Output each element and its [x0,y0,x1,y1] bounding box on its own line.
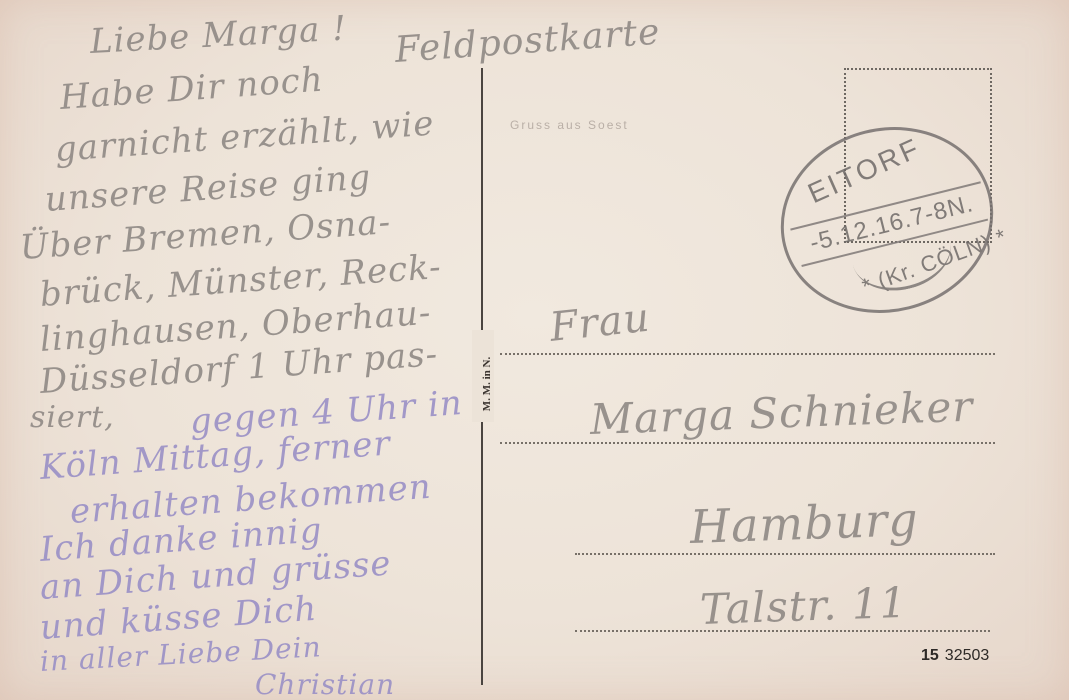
signature: Christian [255,668,395,700]
serial-prefix: 15 [921,647,939,664]
address-street: Talstr. 11 [699,578,908,634]
serial-number: 1532503 [921,647,989,665]
header-feldpostkarte: Feldpostkarte [394,12,662,71]
postcard: Feldpostkarte Gruss aus Soest Liebe Marg… [0,0,1069,700]
address-city: Hamburg [689,492,919,554]
address-recipient-title: Frau [548,295,653,351]
address-recipient-name: Marga Schnieker [589,382,974,444]
address-line-2 [500,442,995,444]
message-line: Habe Dir noch [59,60,325,118]
address-line-1 [500,353,995,355]
address-line-3 [575,553,995,555]
faint-print: Gruss aus Soest [510,118,629,132]
publisher-text: M. M. in N. [481,357,493,411]
message-line: Liebe Marga ! [89,9,348,62]
message-line: siert, [30,400,115,435]
serial-digits: 32503 [945,647,990,664]
